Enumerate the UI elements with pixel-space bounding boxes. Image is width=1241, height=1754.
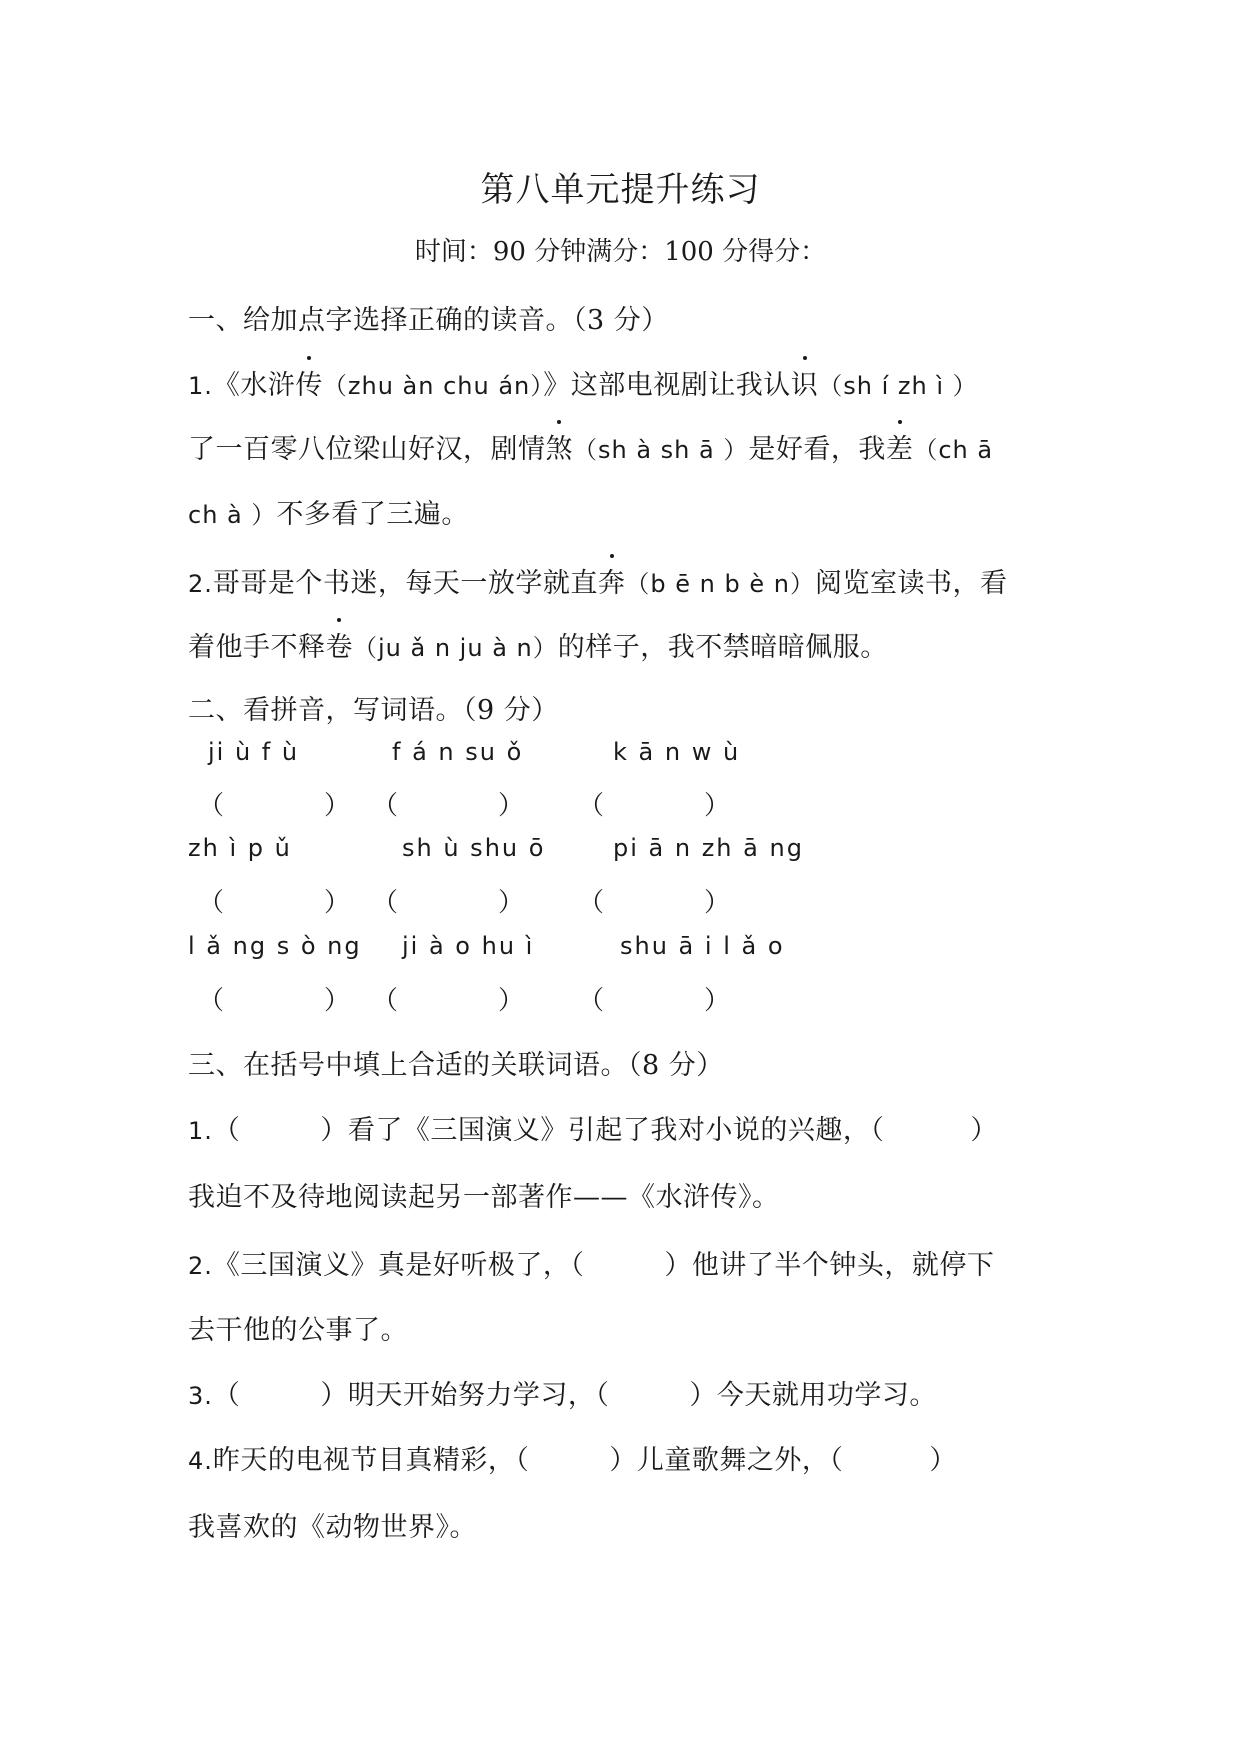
pinyin-options: （ch ā [913,436,993,464]
text: 《三国演义》真是好听极了，（ [213,1250,585,1281]
section3-q4-line2: 我喜欢的《动物世界》。 [188,1505,477,1544]
pinyin-item: l ǎ ng s ò ng [188,932,362,960]
text: （ [213,1380,241,1411]
answer-blank[interactable]: （） [578,980,730,1017]
section3-q3-line1: 3.（）明天开始努力学习，（）今天就用功学习。 [188,1373,937,1412]
section2-heading: 二、看拼音，写词语。（9 分） [188,688,559,727]
question-number: 2. [188,1252,213,1280]
section3-q1-line2: 我迫不及待地阅读起另一部著作——《水浒传》。 [188,1175,780,1214]
text: 阅览室读书，看 [815,568,1008,599]
section1-q1-line3: ch à ）不多看了三遍。 [188,492,469,531]
text: 着他手不释 [188,632,326,663]
answer-blank[interactable]: （） [372,980,524,1017]
pinyin-options: （ju ǎ n ju à n） [353,634,558,662]
text: 哥哥是个书迷，每天一放学就直 [213,568,598,599]
worksheet-page: 第八单元提升练习 时间：90 分钟满分：100 分得分： 一、给加点字选择正确的… [0,0,1241,1754]
pinyin-options: （zhu àn chu án） [323,372,543,400]
text: 不多看了三遍。 [276,499,469,530]
text: ）看了《三国演义》引起了我对小说的兴趣，（ [320,1115,884,1146]
section1-q2-line1: 2.哥哥是个书迷，每天一放学就直奔（b ē n b è n）阅览室读书，看 [188,561,1007,600]
answer-blank[interactable]: （） [198,980,350,1017]
answer-blank[interactable]: （） [372,882,524,919]
pinyin-item: pi ā n zh ā ng [613,834,804,862]
text: ）儿童歌舞之外，（ [609,1445,843,1476]
pinyin-options: ch à ） [188,501,276,529]
dotted-char: 识 [791,363,819,402]
text: ）明天开始努力学习，（ [320,1380,609,1411]
pinyin-options: （sh à sh ā ） [573,436,748,464]
pinyin-item: shu ā i l ǎ o [620,932,785,960]
pinyin-item: sh ù shu ō [402,834,545,862]
answer-blank[interactable]: （） [198,785,350,822]
pinyin-options: （b ē n b è n） [625,570,815,598]
answer-blank[interactable]: （） [372,785,524,822]
section1-q1-line2: 了一百零八位梁山好汉，剧情煞（sh à sh ā ）是好看，我差（ch ā [188,427,993,466]
pinyin-item: k ā n w ù [613,738,740,766]
section1-q1-line1: 1.《水浒传（zhu àn chu án）》这部电视剧让我认识（sh í zh … [188,363,978,402]
exam-meta: 时间：90 分钟满分：100 分得分： [0,231,1241,268]
question-number: 2. [188,570,213,598]
section1-q2-line2: 着他手不释卷（ju ǎ n ju à n）的样子，我不禁暗暗佩服。 [188,625,888,664]
question-number: 1. [188,372,213,400]
text: 了一百零八位梁山好汉，剧情 [188,434,546,465]
question-number: 4. [188,1447,213,1475]
text: （ [213,1115,241,1146]
text: 昨天的电视节目真精彩，（ [213,1445,530,1476]
pinyin-item: ji à o hu ì [402,932,534,960]
question-number: 1. [188,1117,213,1145]
section3-heading: 三、在括号中填上合适的关联词语。（8 分） [188,1043,724,1082]
answer-blank[interactable]: （） [578,785,730,822]
text: 的样子，我不禁暗暗佩服。 [558,632,888,663]
pinyin-options: （sh í zh ì ） [818,372,977,400]
text: ）他讲了半个钟头，就停下 [664,1250,994,1281]
text: ）今天就用功学习。 [689,1380,937,1411]
dotted-char: 差 [886,427,914,466]
dotted-char: 奔 [598,561,626,600]
text: ） [929,1445,957,1476]
pinyin-item: zh ì p ǔ [188,834,292,862]
section3-q1-line1: 1.（）看了《三国演义》引起了我对小说的兴趣，（） [188,1108,998,1147]
pinyin-item: ji ù f ù [208,738,299,766]
dotted-char: 卷 [326,625,354,664]
answer-blank[interactable]: （） [198,882,350,919]
answer-blank[interactable]: （） [578,882,730,919]
text: 是好看，我 [748,434,886,465]
section3-q2-line2: 去干他的公事了。 [188,1308,408,1347]
section3-q4-line1: 4.昨天的电视节目真精彩，（）儿童歌舞之外，（） [188,1438,957,1477]
section3-q2-line1: 2.《三国演义》真是好听极了，（）他讲了半个钟头，就停下 [188,1243,994,1282]
page-title: 第八单元提升练习 [0,162,1241,211]
text: 《水浒 [213,370,296,401]
text: 》这部电视剧让我认 [543,370,791,401]
question-number: 3. [188,1382,213,1410]
text: ） [970,1115,998,1146]
dotted-char: 煞 [546,427,574,466]
pinyin-item: f á n su ǒ [392,738,523,766]
section1-heading: 一、给加点字选择正确的读音。（3 分） [188,298,669,337]
dotted-char: 传 [295,363,323,402]
